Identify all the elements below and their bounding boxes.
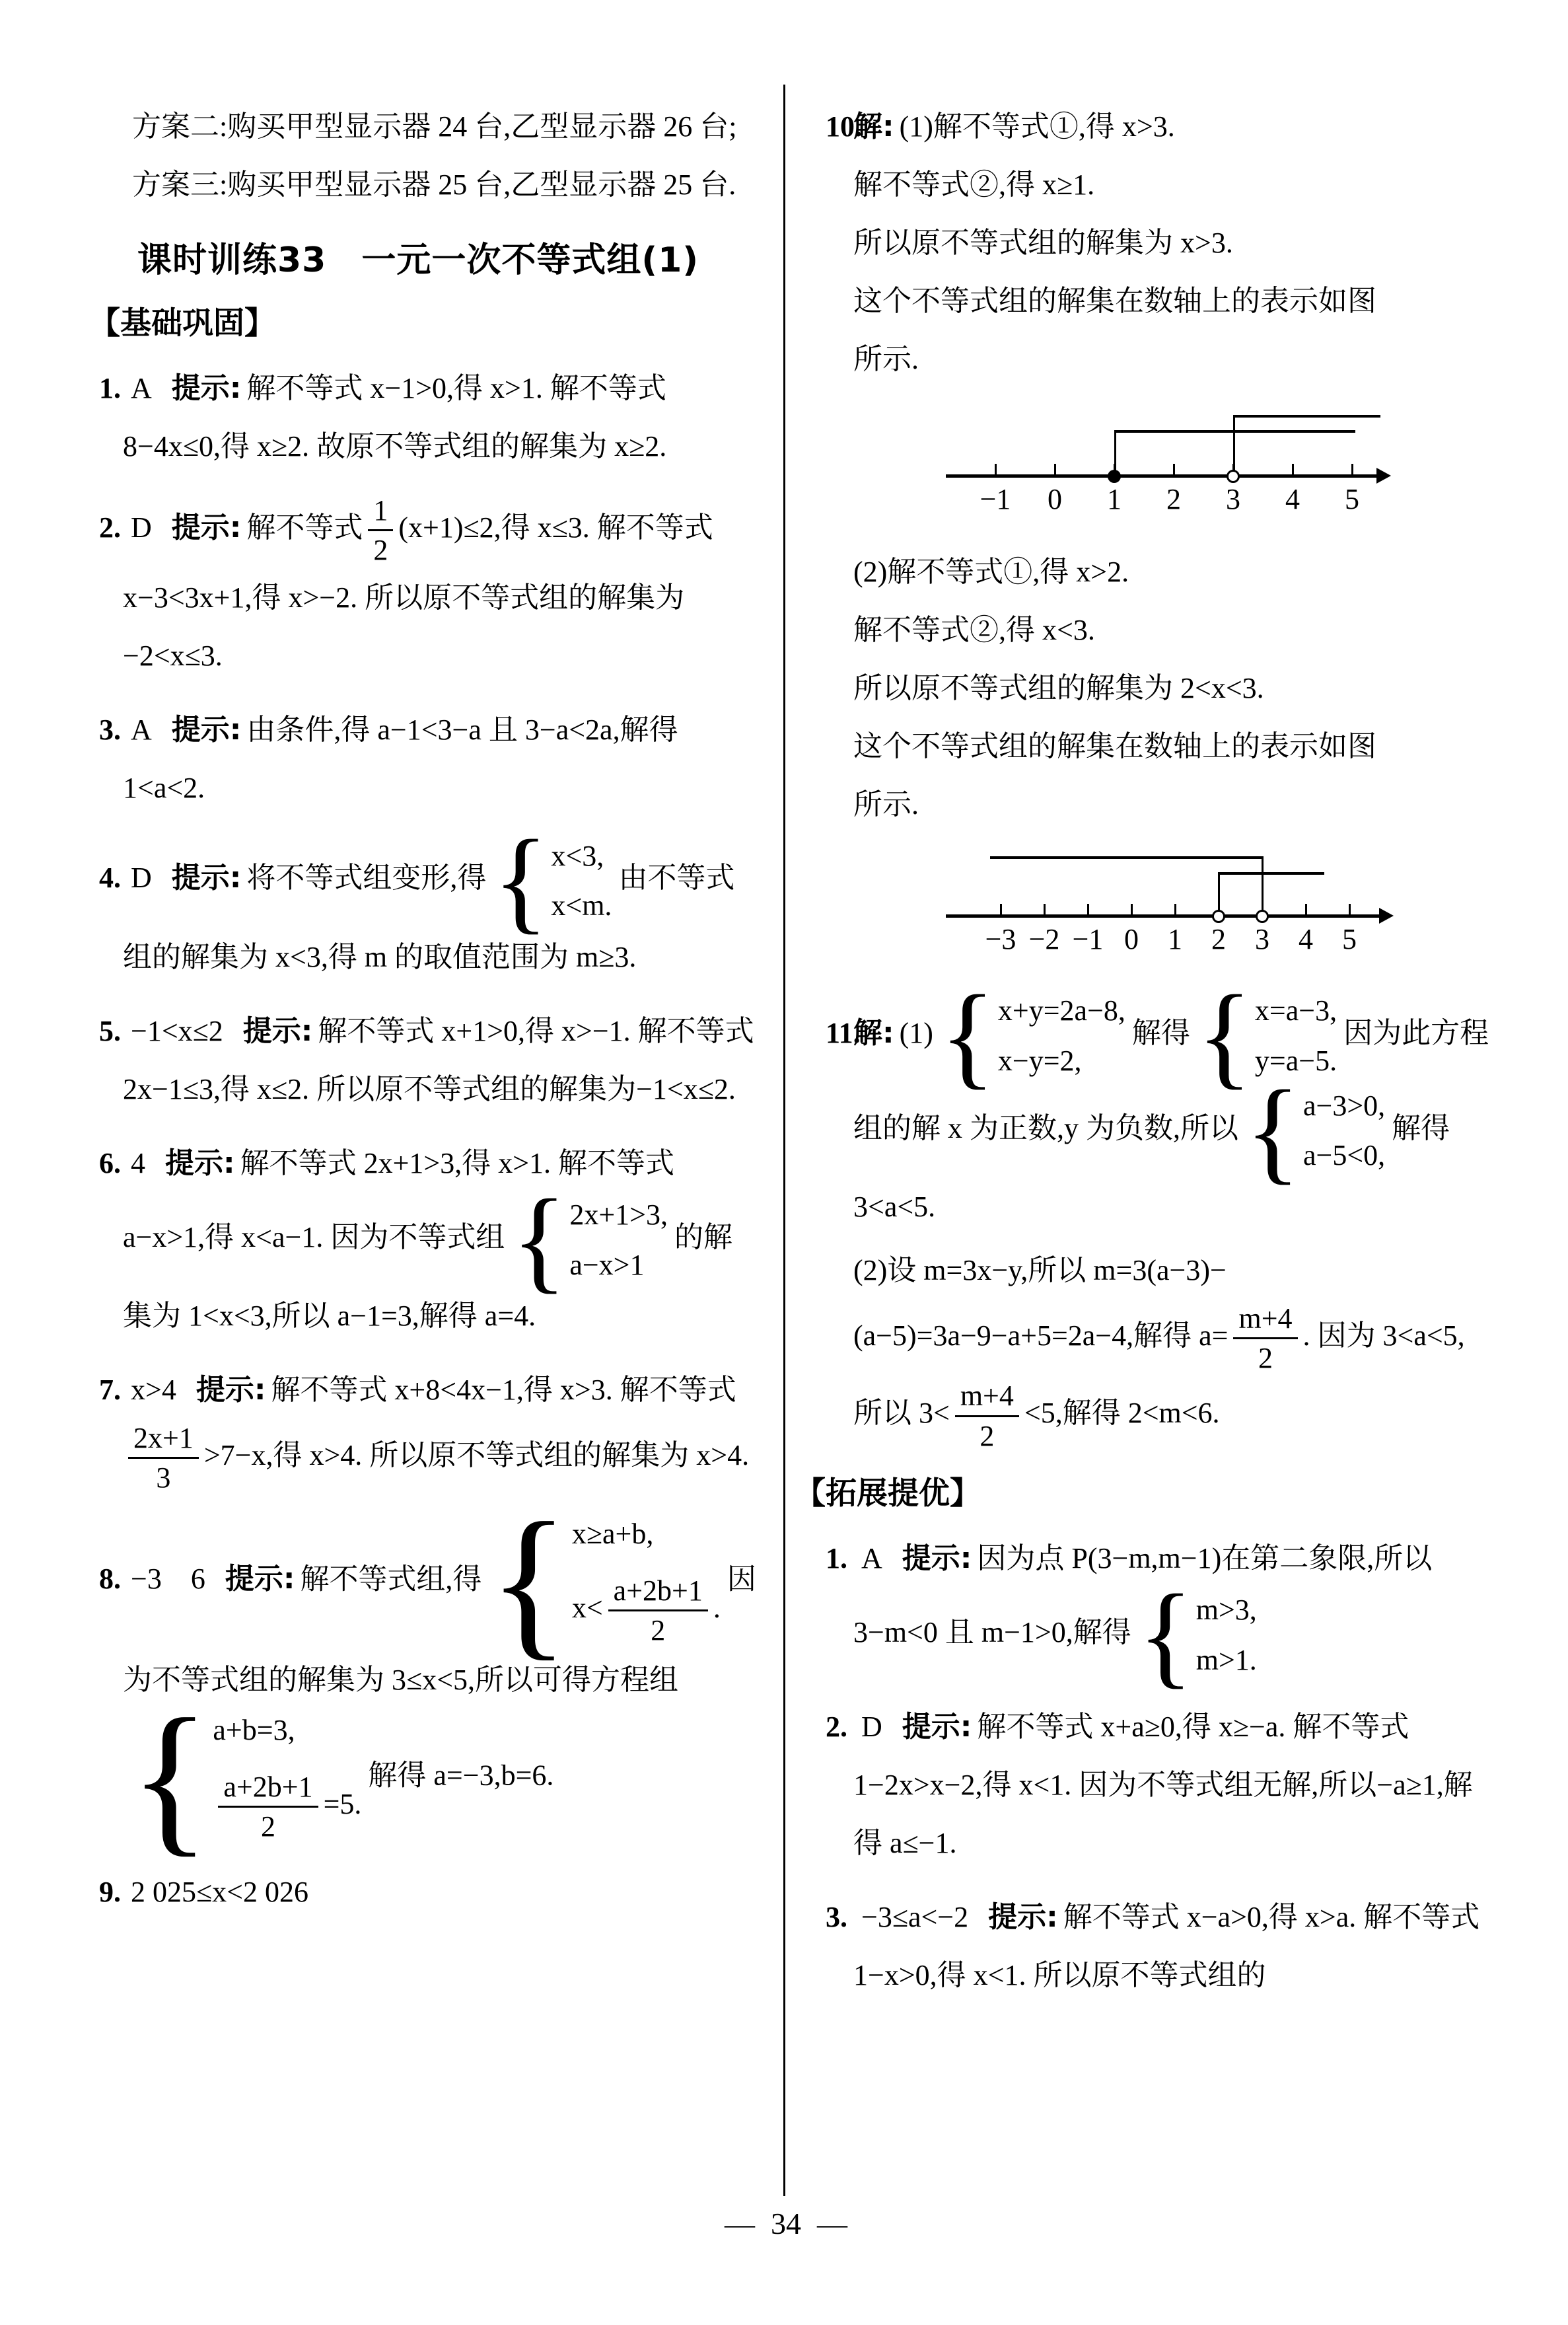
- item-answer: A: [131, 372, 152, 404]
- tick-label: −1: [1068, 925, 1108, 954]
- footer-dash: —: [725, 2207, 755, 2240]
- hint-text: 解不等式 x+8<4x−1,得 x>3. 解不等式: [271, 1374, 736, 1406]
- hint-text: 将不等式组变形,得: [246, 862, 486, 894]
- inequality-system: a−3>0,a−5<0,: [1245, 1084, 1385, 1179]
- solution-part2: (2)设 m=3x−y,所以 m=3(a−3)−(a−5)=3a−9−a+5=2…: [853, 1241, 1493, 1455]
- system-row: x<3,: [551, 836, 612, 875]
- advanced-item-3: 3.−3≤a<−2提示:解不等式 x−a>0,得 x>a. 解不等式 1−x>0…: [826, 1888, 1493, 2005]
- equation-system: a+b=3,a+2b+12=5.: [129, 1709, 361, 1847]
- numberline-figure-1: −1 0 1 2 3 4 5: [946, 408, 1435, 534]
- item-number: 1.: [99, 359, 123, 418]
- tick-label: 1: [1155, 925, 1195, 954]
- answer-item-1: 1.A提示:解不等式 x−1>0,得 x>1. 解不等式 8−4x≤0,得 x≥…: [99, 359, 761, 476]
- system-row: x<a+2b+12.: [572, 1572, 721, 1649]
- ray-riser: [1233, 415, 1235, 474]
- answer-item-9: 9.2 025≤x<2 026: [99, 1863, 761, 1921]
- tick-label: −3: [981, 925, 1020, 954]
- tick-label: 0: [1112, 925, 1151, 954]
- system-row: x−y=2,: [998, 1041, 1125, 1080]
- solution-line: 解不等式②,得 x≥1.: [853, 156, 1493, 214]
- hint-text: 解不等式: [246, 511, 363, 544]
- column-divider: [783, 85, 785, 2196]
- system-row: x≥a+b,: [572, 1514, 721, 1553]
- hint-label: 提示:: [225, 1562, 295, 1596]
- solution-line: 所以原不等式组的解集为 x>3.: [853, 214, 1493, 272]
- inequality-system: 2x+1>3,a−x>1: [511, 1193, 668, 1288]
- answer-item-4: 4.D提示:将不等式组变形,得x<3,x<m.由不等式组的解集为 x<3,得 m…: [99, 833, 761, 986]
- item-number: 3.: [826, 1888, 853, 1946]
- fraction-numerator: 2x+1: [128, 1419, 199, 1457]
- item-answer: x>4: [131, 1374, 176, 1406]
- left-brace-icon: [493, 833, 548, 928]
- tick-label: 4: [1286, 925, 1326, 954]
- footer-dash: —: [817, 2207, 847, 2240]
- hint-label: 提示:: [172, 713, 242, 747]
- solution-ray-open: [1233, 415, 1380, 418]
- hint-label: 提示:: [902, 1710, 972, 1744]
- solve-label: 解:: [853, 1016, 894, 1050]
- tick-label: 3: [1242, 925, 1282, 954]
- fraction-denominator: 2: [955, 1415, 1019, 1455]
- solution-text: (2)设 m=3x−y,所以 m=3(a−3)−(a−5)=3a−9−a+5=2…: [853, 1254, 1228, 1352]
- system-row: a−x>1: [569, 1245, 668, 1284]
- system-row: a+2b+12=5.: [213, 1768, 361, 1845]
- axis-arrow-icon: [1379, 908, 1394, 924]
- hint-text: 解得 a=−3,b=6.: [368, 1759, 553, 1791]
- ray-riser: [1218, 872, 1220, 914]
- axis-arrow-icon: [1376, 468, 1391, 484]
- open-point: [1212, 910, 1225, 923]
- fraction-denominator: 2: [608, 1609, 708, 1649]
- advanced-item-2: 2.D提示:解不等式 x+a≥0,得 x≥−a. 解不等式 1−2x>x−2,得…: [826, 1698, 1493, 1872]
- fraction: 12: [368, 492, 393, 569]
- solution-line: 这个不等式组的解集在数轴上的表示如图: [853, 718, 1493, 776]
- solve-label: 解:: [853, 110, 894, 143]
- tick-label: 0: [1035, 485, 1075, 514]
- item-number: 2.: [99, 499, 123, 557]
- system-row: a−5<0,: [1303, 1136, 1385, 1175]
- left-brace-icon: [129, 1709, 210, 1847]
- solution-line: 这个不等式组的解集在数轴上的表示如图: [853, 272, 1493, 330]
- tick-label: 5: [1332, 485, 1372, 514]
- left-brace-icon: [1138, 1588, 1194, 1683]
- system-row: x+y=2a−8,: [998, 991, 1125, 1030]
- solution-ray-open-left: [990, 856, 1264, 859]
- tick-label: 3: [1213, 485, 1253, 514]
- section-header-basic: 【基础巩固】: [89, 303, 761, 344]
- item-answer: 2 025≤x<2 026: [131, 1876, 308, 1908]
- intro-paragraph: 方案三:购买甲型显示器 25 台,乙型显示器 25 台.: [132, 156, 761, 214]
- fraction-denominator: 2: [368, 529, 393, 569]
- fraction-denominator: 2: [1233, 1337, 1297, 1377]
- fraction: 2x+13: [128, 1419, 199, 1496]
- item-answer: −3≤a<−2: [861, 1901, 968, 1933]
- hint-label: 提示:: [243, 1014, 313, 1048]
- solution-line: 解不等式②,得 x<3.: [853, 601, 1493, 659]
- fraction-numerator: m+4: [1233, 1300, 1297, 1337]
- solution-text: <5,解得 2<m<6.: [1024, 1397, 1220, 1429]
- item-number: 2.: [826, 1698, 853, 1756]
- fraction-numerator: a+2b+1: [608, 1572, 708, 1609]
- fraction-numerator: 1: [368, 492, 393, 529]
- hint-label: 提示:: [172, 371, 242, 405]
- tick-label: −1: [976, 485, 1015, 514]
- fraction: m+42: [1233, 1300, 1297, 1377]
- hint-text: 解不等式组,得: [300, 1563, 481, 1595]
- solution-text: (1)解不等式①,得 x>3.: [900, 110, 1175, 143]
- hint-label: 提示:: [196, 1373, 266, 1407]
- solution-line: 10.解:(1)解不等式①,得 x>3.: [853, 98, 1493, 156]
- fraction-denominator: 3: [128, 1457, 199, 1496]
- tick-label: 2: [1154, 485, 1194, 514]
- item-answer: A: [861, 1542, 882, 1574]
- inequality-system: m>3,m>1.: [1138, 1588, 1257, 1683]
- left-brace-icon: [940, 988, 995, 1084]
- tick-label: −2: [1024, 925, 1064, 954]
- item-answer: D: [861, 1711, 882, 1743]
- item-number: 3.: [99, 701, 123, 759]
- open-point: [1227, 470, 1240, 483]
- tick-label: 1: [1094, 485, 1134, 514]
- answer-item-5: 5.−1<x≤2提示:解不等式 x+1>0,得 x>−1. 解不等式 2x−1≤…: [99, 1002, 761, 1119]
- item-number: 4.: [99, 849, 123, 907]
- right-column: 10.解:(1)解不等式①,得 x>3. 解不等式②,得 x≥1. 所以原不等式…: [826, 98, 1493, 2005]
- tick-label: 4: [1273, 485, 1312, 514]
- numberline-axis: [946, 914, 1383, 918]
- item-number: 5.: [99, 1002, 123, 1060]
- numberline-figure-2: −3 −2 −1 0 1 2 3 4 5: [946, 854, 1435, 973]
- answer-item-2: 2.D提示:解不等式12(x+1)≤2,得 x≤3. 解不等式 x−3<3x+1…: [99, 492, 761, 685]
- solution-line: 所示.: [853, 776, 1493, 834]
- system-row: a−3>0,: [1303, 1086, 1385, 1125]
- item-number: 8.: [99, 1550, 123, 1608]
- system-row: x<m.: [551, 886, 612, 925]
- open-point: [1256, 910, 1269, 923]
- system-row: a+b=3,: [213, 1711, 361, 1750]
- fraction-numerator: m+4: [955, 1377, 1019, 1415]
- solution-text: 解得: [1132, 1017, 1190, 1049]
- fraction-denominator: 2: [218, 1806, 318, 1845]
- fraction: a+2b+12: [218, 1768, 318, 1845]
- left-brace-icon: [511, 1193, 567, 1288]
- intro-paragraph: 方案二:购买甲型显示器 24 台,乙型显示器 26 台;: [132, 98, 761, 156]
- item-answer: 4: [131, 1147, 145, 1179]
- system-row: m>1.: [1196, 1641, 1257, 1679]
- solution-line: 所示.: [853, 330, 1493, 388]
- answer-item-8: 8.−3 6提示:解不等式组,得x≥a+b,x<a+2b+12.因为不等式组的解…: [99, 1513, 761, 1847]
- hint-label: 提示:: [172, 511, 242, 544]
- item-answer: −1<x≤2: [131, 1015, 223, 1047]
- left-column: 方案二:购买甲型显示器 24 台,乙型显示器 26 台; 方案三:购买甲型显示器…: [99, 98, 761, 1921]
- tick-label: 2: [1199, 925, 1238, 954]
- left-brace-icon: [1197, 988, 1252, 1084]
- ray-riser: [1114, 430, 1116, 474]
- item-number: 10.: [826, 98, 853, 156]
- left-brace-icon: [488, 1513, 569, 1651]
- system-row: x=a−3,: [1255, 991, 1337, 1030]
- left-brace-icon: [1245, 1084, 1301, 1179]
- workbook-answer-page: 方案二:购买甲型显示器 24 台,乙型显示器 26 台; 方案三:购买甲型显示器…: [0, 0, 1568, 2325]
- item-number: 11.: [826, 1004, 853, 1062]
- numberline-axis: [946, 474, 1380, 478]
- answer-item-11: 11.解:(1)x+y=2a−8,x−y=2,解得x=a−3,y=a−5.因为此…: [826, 988, 1493, 1455]
- page-number: 34: [771, 2207, 801, 2240]
- item-number: 7.: [99, 1361, 123, 1419]
- closed-point: [1108, 470, 1121, 483]
- answer-item-7: 7.x>4提示:解不等式 x+8<4x−1,得 x>3. 解不等式2x+13>7…: [99, 1361, 761, 1496]
- advanced-item-1: 1.A提示:因为点 P(3−m,m−1)在第二象限,所以 3−m<0 且 m−1…: [826, 1530, 1493, 1683]
- item-answer: D: [131, 862, 152, 894]
- system-row: 2x+1>3,: [569, 1195, 668, 1234]
- answer-item-3: 3.A提示:由条件,得 a−1<3−a 且 3−a<2a,解得 1<a<2.: [99, 701, 761, 817]
- hint-text: >7−x,得 x>4. 所以原不等式组的解集为 x>4.: [204, 1439, 749, 1471]
- fraction: a+2b+12: [608, 1572, 708, 1649]
- system-row: m>3,: [1196, 1590, 1257, 1629]
- fraction-numerator: a+2b+1: [218, 1768, 318, 1806]
- lesson-heading: 课时训练33 一元一次不等式组(1): [137, 237, 761, 285]
- inequality-system: x<3,x<m.: [493, 833, 612, 928]
- item-number: 1.: [826, 1530, 853, 1588]
- fraction: m+42: [955, 1377, 1019, 1454]
- answer-item-6: 6.4提示:解不等式 2x+1>3,得 x>1. 解不等式 a−x>1,得 x<…: [99, 1134, 761, 1346]
- item-answer: −3 6: [131, 1563, 205, 1595]
- solution-text: (1): [900, 1017, 933, 1049]
- tick-label: 5: [1330, 925, 1369, 954]
- solution-ray-open-right: [1218, 872, 1324, 875]
- item-number: 9.: [99, 1863, 123, 1921]
- hint-label: 提示:: [902, 1541, 972, 1575]
- hint-label: 提示:: [165, 1146, 235, 1180]
- solution-line: 所以原不等式组的解集为 2<x<3.: [853, 659, 1493, 718]
- inequality-system: x≥a+b,x<a+2b+12.: [488, 1513, 720, 1651]
- ray-riser: [1262, 856, 1264, 914]
- page-footer: —34—: [660, 2205, 911, 2242]
- hint-label: 提示:: [988, 1900, 1058, 1934]
- section-header-advanced: 【拓展提优】: [795, 1473, 1493, 1514]
- item-answer: A: [131, 714, 152, 746]
- solution-line: (2)解不等式①,得 x>2.: [853, 543, 1493, 601]
- item-number: 6.: [99, 1134, 123, 1193]
- item-answer: D: [131, 511, 152, 544]
- hint-label: 提示:: [172, 861, 242, 895]
- answer-item-10: 10.解:(1)解不等式①,得 x>3. 解不等式②,得 x≥1. 所以原不等式…: [826, 98, 1493, 973]
- equation-system: x+y=2a−8,x−y=2,: [940, 988, 1125, 1084]
